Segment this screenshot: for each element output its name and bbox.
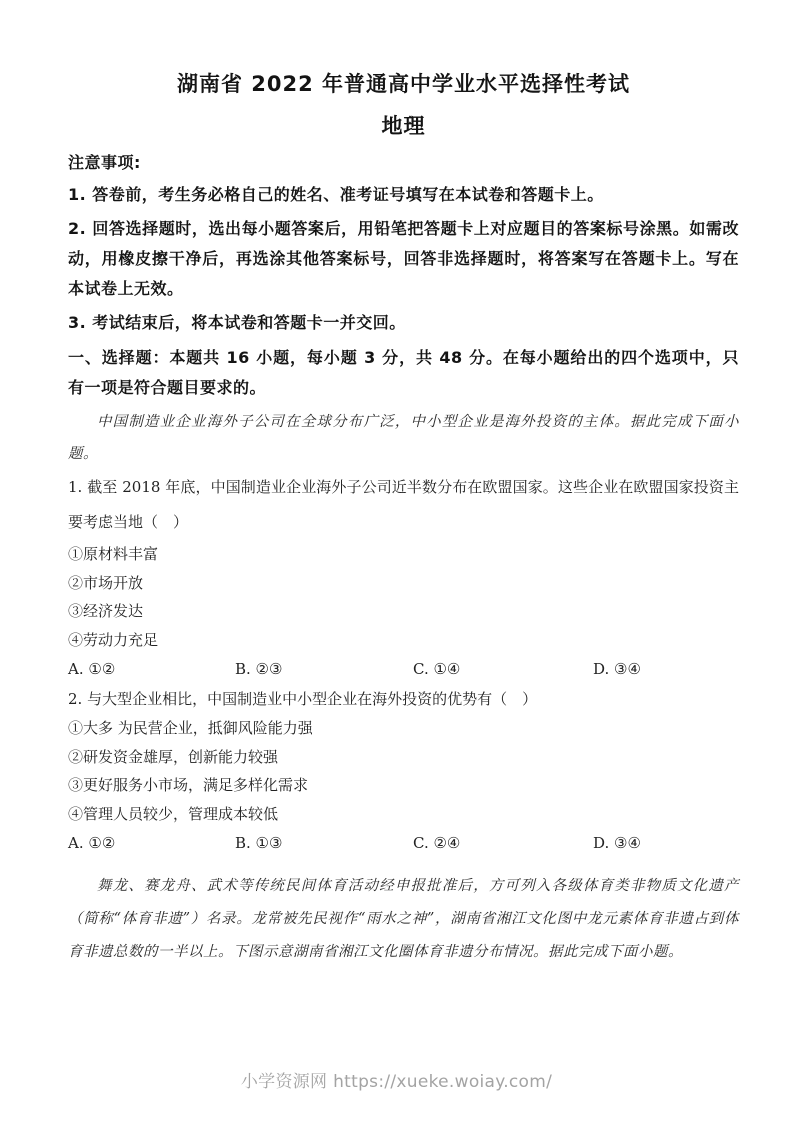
question-2-text: 与大型企业相比，中国制造业中小型企业在海外投资的优势有（ ）: [87, 690, 537, 708]
question-1-choice-2: ②市场开放: [68, 569, 739, 598]
footer-watermark: 小学资源网 https://xueke.woiay.com/: [0, 1067, 793, 1092]
passage-2: 舞龙、赛龙舟、武术等传统民间体育活动经申报批准后，方可列入各级体育类非物质文化遗…: [68, 870, 739, 969]
page-content: 湖南省 2022 年普通高中学业水平选择性考试 地理 注意事项: 1. 答卷前，…: [0, 0, 793, 969]
question-1-option-c: C. ①④: [413, 654, 593, 684]
question-2-choice-4: ④管理人员较少，管理成本较低: [68, 800, 739, 829]
exam-subject: 地理: [68, 112, 739, 140]
exam-title: 湖南省 2022 年普通高中学业水平选择性考试: [68, 70, 739, 98]
question-1-option-d: D. ③④: [593, 654, 739, 684]
question-1-number: 1.: [68, 478, 82, 496]
question-1-options-row: A. ①② B. ②③ C. ①④ D. ③④: [68, 654, 739, 684]
question-1-stem: 1. 截至 2018 年底，中国制造业企业海外子公司近半数分布在欧盟国家。这些企…: [68, 470, 739, 540]
passage-1: 中国制造业企业海外子公司在全球分布广泛，中小型企业是海外投资的主体。据此完成下面…: [68, 406, 739, 470]
question-1-option-a: A. ①②: [68, 654, 235, 684]
footer-site-name: 小学资源网: [241, 1072, 328, 1092]
question-2-choice-1: ①大多 为民营企业，抵御风险能力强: [68, 714, 739, 743]
question-2-option-d: D. ③④: [593, 828, 739, 858]
question-2-option-b: B. ①③: [235, 828, 413, 858]
notice-item-1: 1. 答卷前，考生务必格自己的姓名、准考证号填写在本试卷和答题卡上。: [68, 180, 739, 210]
question-2-option-a: A. ①②: [68, 828, 235, 858]
question-2-option-c: C. ②④: [413, 828, 593, 858]
notice-heading: 注意事项:: [68, 150, 739, 176]
question-2-choice-2: ②研发资金雄厚，创新能力较强: [68, 743, 739, 772]
question-1-option-b: B. ②③: [235, 654, 413, 684]
footer-url: https://xueke.woiay.com/: [333, 1072, 552, 1092]
exam-document-page: 湖南省 2022 年普通高中学业水平选择性考试 地理 注意事项: 1. 答卷前，…: [0, 0, 793, 1122]
question-2-stem: 2. 与大型企业相比，中国制造业中小型企业在海外投资的优势有（ ）: [68, 684, 739, 714]
question-1-text: 截至 2018 年底，中国制造业企业海外子公司近半数分布在欧盟国家。这些企业在欧…: [68, 478, 739, 531]
notice-item-3: 3. 考试结束后，将本试卷和答题卡一并交回。: [68, 308, 739, 338]
question-1-choice-4: ④劳动力充足: [68, 626, 739, 655]
question-1-choice-3: ③经济发达: [68, 597, 739, 626]
question-1-choice-1: ①原材料丰富: [68, 540, 739, 569]
notice-item-2: 2. 回答选择题时，选出每小题答案后，用铅笔把答题卡上对应题目的答案标号涂黑。如…: [68, 214, 739, 304]
question-2-options-row: A. ①② B. ①③ C. ②④ D. ③④: [68, 828, 739, 858]
question-2-number: 2.: [68, 690, 82, 708]
question-2-choice-3: ③更好服务小市场，满足多样化需求: [68, 771, 739, 800]
section-heading: 一、选择题：本题共 16 小题，每小题 3 分，共 48 分。在每小题给出的四个…: [68, 343, 739, 403]
